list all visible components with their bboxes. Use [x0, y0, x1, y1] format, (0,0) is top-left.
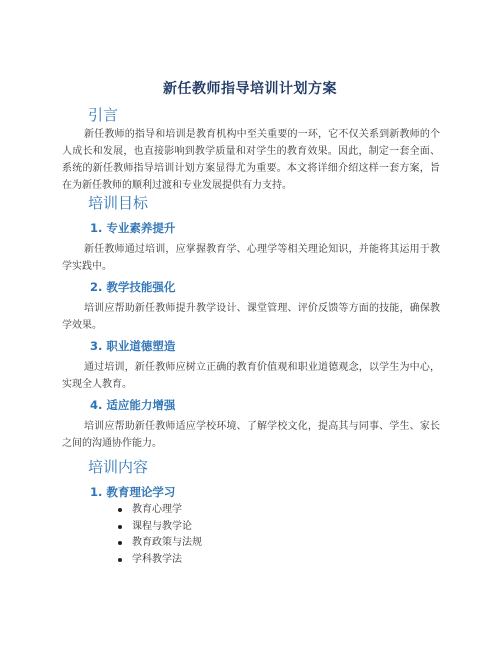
list-item: 学科教学法 — [118, 552, 202, 569]
subheading-education-theory: 1. 教育理论学习 — [90, 484, 175, 500]
adaptability-paragraph: 培训应帮助新任教师适应学校环境、了解学校文化，提高其与同事、学生、家长之间的沟通… — [62, 418, 440, 452]
subheading-teaching-skills: 2. 教学技能强化 — [90, 279, 175, 295]
teaching-skills-paragraph: 培训应帮助新任教师提升教学设计、课堂管理、评价反馈等方面的技能，确保教学效果。 — [62, 300, 440, 334]
bullet-icon — [118, 558, 122, 562]
bullet-icon — [118, 508, 122, 512]
list-item: 课程与教学论 — [118, 519, 202, 536]
professional-quality-paragraph: 新任教师通过培训，应掌握教育学、心理学等相关理论知识，并能将其运用于教学实践中。 — [62, 241, 440, 275]
subheading-professional-quality: 1. 专业素养提升 — [90, 220, 175, 236]
list-item: 教育政策与法规 — [118, 535, 202, 552]
section-heading-training-content: 培训内容 — [88, 456, 148, 477]
section-heading-introduction: 引言 — [88, 104, 118, 125]
education-theory-list: 教育心理学 课程与教学论 教育政策与法规 学科教学法 — [118, 502, 202, 568]
subheading-adaptability: 4. 适应能力增强 — [90, 397, 175, 413]
bullet-icon — [118, 541, 122, 545]
bullet-icon — [118, 525, 122, 529]
introduction-paragraph: 新任教师的指导和培训是教育机构中至关重要的一环，它不仅关系到新教师的个人成长和发… — [62, 126, 440, 194]
document-page: 新任教师指导培训计划方案 引言 新任教师的指导和培训是教育机构中至关重要的一环，… — [0, 0, 500, 647]
list-item: 教育心理学 — [118, 502, 202, 519]
subheading-professional-ethics: 3. 职业道德塑造 — [90, 338, 175, 354]
document-title: 新任教师指导培训计划方案 — [0, 78, 500, 98]
section-heading-training-goals: 培训目标 — [88, 192, 148, 213]
professional-ethics-paragraph: 通过培训，新任教师应树立正确的教育价值观和职业道德观念，以学生为中心，实现全人教… — [62, 359, 440, 393]
